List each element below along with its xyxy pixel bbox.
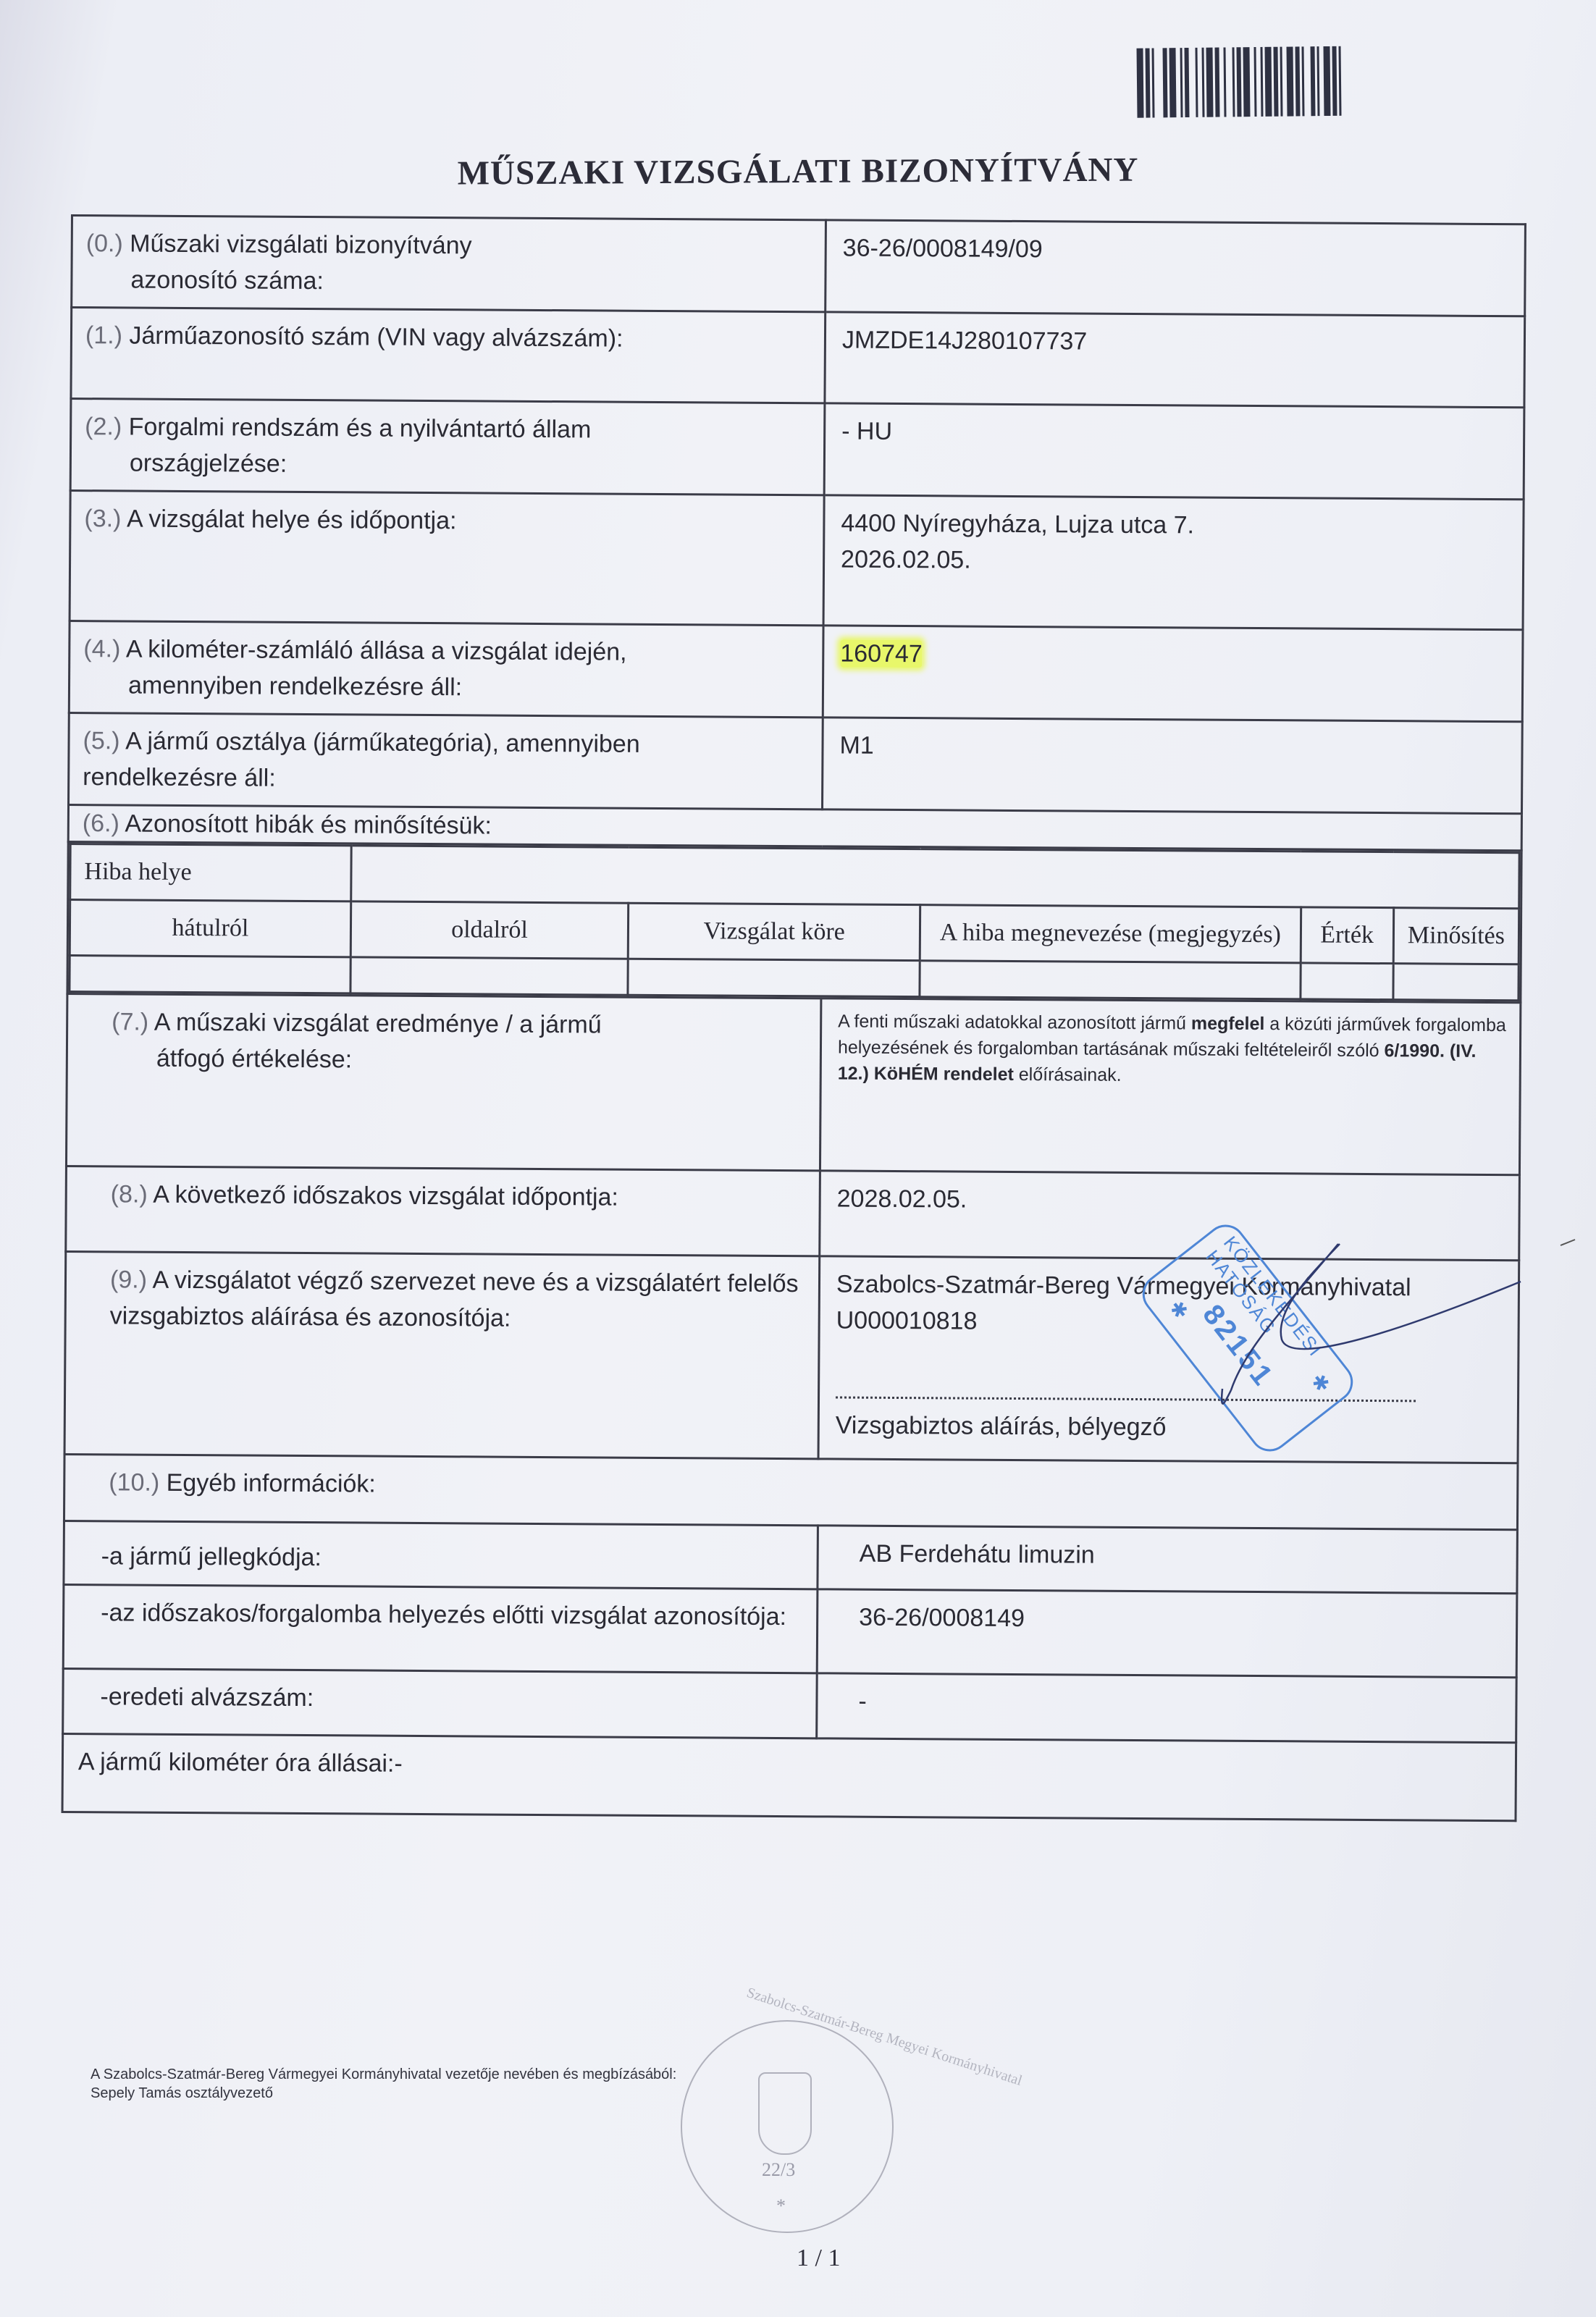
row-odometer-history: A jármű kilométer óra állásai:-: [62, 1733, 1516, 1820]
row-other-info-0: -a jármű jellegkódja: AB Ferdehátu limuz…: [64, 1521, 1518, 1593]
plate-value: - HU: [824, 403, 1524, 500]
next-inspection-value: 2028.02.05.: [820, 1171, 1520, 1261]
row-other-info-1: -az időszakos/forgalomba helyezés előtti…: [63, 1584, 1517, 1677]
row-category: (5.) A jármű osztálya (járműkategória), …: [69, 712, 1523, 813]
row-defects-table: Hiba helye hátulról oldalról Vizsgálat k…: [67, 841, 1521, 1002]
row-certificate-id: (0.) Műszaki vizsgálati bizonyítványazon…: [72, 216, 1526, 316]
certificate-id-value: 36-26/0008149/09: [826, 220, 1526, 316]
barcode: [1137, 44, 1518, 117]
defects-group-header: Hiba helye: [70, 844, 351, 901]
row-result: (7.) A műszaki vizsgálat eredménye / a j…: [66, 993, 1520, 1174]
date-value: 2026.02.05.: [841, 546, 971, 574]
document-title: MŰSZAKI VIZSGÁLATI BIZONYÍTVÁNY: [0, 148, 1596, 195]
row-other-info-title: (10.) Egyéb információk:: [64, 1454, 1518, 1529]
result-text: A fenti műszaki adatokkal azonosított já…: [820, 998, 1520, 1175]
defects-header-row: hátulról oldalról Vizsgálat köre A hiba …: [70, 900, 1519, 964]
certificate-form: (0.) Műszaki vizsgálati bizonyítványazon…: [62, 214, 1526, 1822]
row-odometer: (4.) A kilométer-számláló állása a vizsg…: [69, 621, 1523, 721]
page-number: 1 / 1: [797, 2245, 840, 2272]
row-plate: (2.) Forgalmi rendszám és a nyilvántartó…: [70, 399, 1524, 500]
inspector-organization: Szabolcs-Szatmár-Bereg Vármegyei Kormány…: [836, 1270, 1411, 1301]
defects-table: Hiba helye hátulról oldalról Vizsgálat k…: [68, 843, 1520, 1001]
location-value: 4400 Nyíregyháza, Lujza utca 7.: [841, 510, 1194, 539]
footer-authorization: A Szabolcs-Szatmár-Bereg Vármegyei Kormá…: [91, 2065, 676, 2103]
row-other-info-2: -eredeti alvázszám: -: [63, 1668, 1517, 1742]
odometer-value: 160747: [840, 640, 923, 668]
original-chassis-number: -: [817, 1673, 1517, 1743]
signature-caption: Vizsgabiztos aláírás, bélyegző: [836, 1407, 1167, 1445]
star-icon: *: [776, 2195, 786, 2217]
row-location-date: (3.) A vizsgálat helye és időpontja: 440…: [70, 491, 1524, 630]
star-icon: ✱: [1165, 1295, 1193, 1324]
official-seal: Szabolcs-Szatmár-Bereg Megyei Kormányhiv…: [681, 2020, 894, 2233]
inspector-id: U000010818: [836, 1306, 978, 1334]
row-vin: (1.) Járműazonosító szám (VIN vagy alváz…: [71, 308, 1525, 408]
category-value: M1: [822, 718, 1522, 814]
prior-inspection-id: 36-26/0008149: [817, 1589, 1517, 1678]
vin-value: JMZDE14J280107737: [825, 312, 1525, 408]
row-next-inspection: (8.) A következő időszakos vizsgálat idő…: [66, 1166, 1520, 1260]
coat-of-arms-icon: [758, 2072, 812, 2155]
vehicle-type-code: AB Ferdehátu limuzin: [818, 1526, 1518, 1594]
